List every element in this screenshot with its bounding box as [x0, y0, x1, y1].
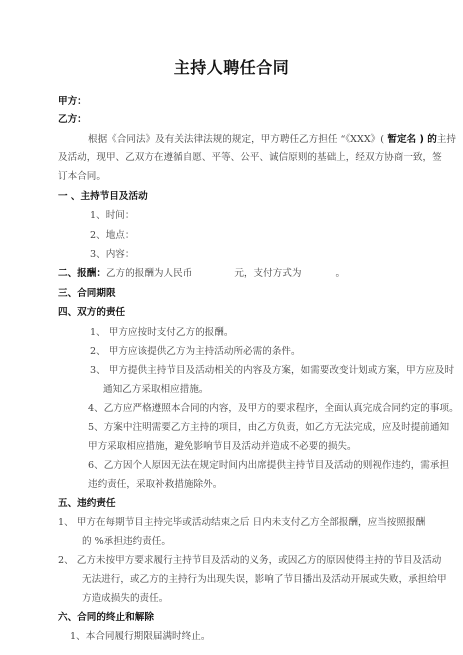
section-4-item-continued: 甲方采取相应措施，避免影响节目及活动并造成不必要的损失。	[88, 441, 357, 453]
section-5-heading: 五、违约责任	[58, 498, 116, 510]
section-2-text-b: 元，支付方式为	[234, 268, 301, 279]
party-b-label: 乙方：	[58, 114, 87, 126]
section-6-item: 1、本合同履行期限届满时终止。	[70, 631, 210, 643]
intro-line-1: 根据《合同法》及有关法律法规的规定，甲方聘任乙方担任 “《XXX》( 暂定名 )…	[88, 134, 456, 146]
section-4-item: 5、方案中注明需要乙方主持的项目，由乙方负责，如乙方无法完成，应及时提前通知	[88, 422, 449, 434]
section-4-item-continued: 通知乙方采取相应措施。	[103, 384, 209, 396]
section-5-item-continued: 方造成损失的责任。	[82, 593, 168, 605]
section-4-heading: 四、双方的责任	[58, 307, 125, 319]
section-6-heading: 六、合同的终止和解除	[58, 612, 154, 624]
section-5-item: 1、 甲方在每期节目主持完毕或活动结束之后 日内未支付乙方全部报酬，应当按照报酬	[58, 517, 425, 529]
intro-line-1-end: 主持	[437, 134, 456, 145]
section-1-item: 2、地点：	[90, 230, 134, 242]
party-a-label: 甲方：	[58, 96, 87, 108]
document-title: 主持人聘任合同	[0, 55, 463, 78]
section-5-item-continued: 无法进行，或乙方的主持行为出现失误，影响了节目播出及活动开展或失败，承担给甲	[82, 574, 447, 586]
section-5-item-continued: 的 %承担违约责任。	[82, 536, 171, 548]
section-2-line: 二、报酬：乙方的报酬为人民币元，支付方式为。	[58, 268, 345, 280]
intro-line-3: 订本合同。	[58, 171, 106, 183]
intro-line-2: 及活动，现甲、乙双方在遵循自愿、平等、公平、诚信原则的基础上，经双方协商一致，签	[58, 152, 442, 164]
section-4-item: 6、乙方因个人原因无法在规定时间内出席提供主持节目及活动的则视作违约，需承担	[88, 460, 449, 472]
section-4-item-continued: 违约责任，采取补救措施除外。	[88, 479, 222, 491]
section-2-heading: 二、报酬：	[58, 268, 106, 279]
section-4-item: 1、 甲方应按时支付乙方的报酬。	[90, 327, 233, 339]
section-1-item: 3、内容：	[90, 249, 134, 261]
section-2-text-a: 乙方的报酬为人民币	[106, 268, 192, 279]
document-page: 主持人聘任合同 甲方： 乙方： 根据《合同法》及有关法律法规的规定，甲方聘任乙方…	[0, 0, 463, 655]
intro-tentative-name: 暂定名 ) 的	[384, 134, 437, 145]
section-1-heading: 一 、主持节目及活动	[58, 191, 148, 203]
section-4-item: 2、 甲方应该提供乙方为主持活动所必需的条件。	[90, 346, 301, 358]
section-3-heading: 三、合同期限	[58, 288, 116, 300]
section-4-item: 4、乙方应严格遵照本合同的内容，及甲方的要求程序，全面认真完成合同约定的事项。	[88, 403, 459, 415]
section-2-text-c: 。	[335, 268, 345, 279]
intro-line-1-text: 根据《合同法》及有关法律法规的规定，甲方聘任乙方担任 “《XXX》(	[88, 134, 384, 145]
section-1-item: 1、时间：	[90, 210, 134, 222]
section-5-item: 2、 乙方未按甲方要求履行主持节目及活动的义务，或因乙方的原因使得主持的节目及活…	[58, 555, 441, 567]
section-4-item: 3、 甲方提供主持节目及活动相关的内容及方案，如需要改变计划或方案，甲方应及时	[90, 365, 454, 377]
